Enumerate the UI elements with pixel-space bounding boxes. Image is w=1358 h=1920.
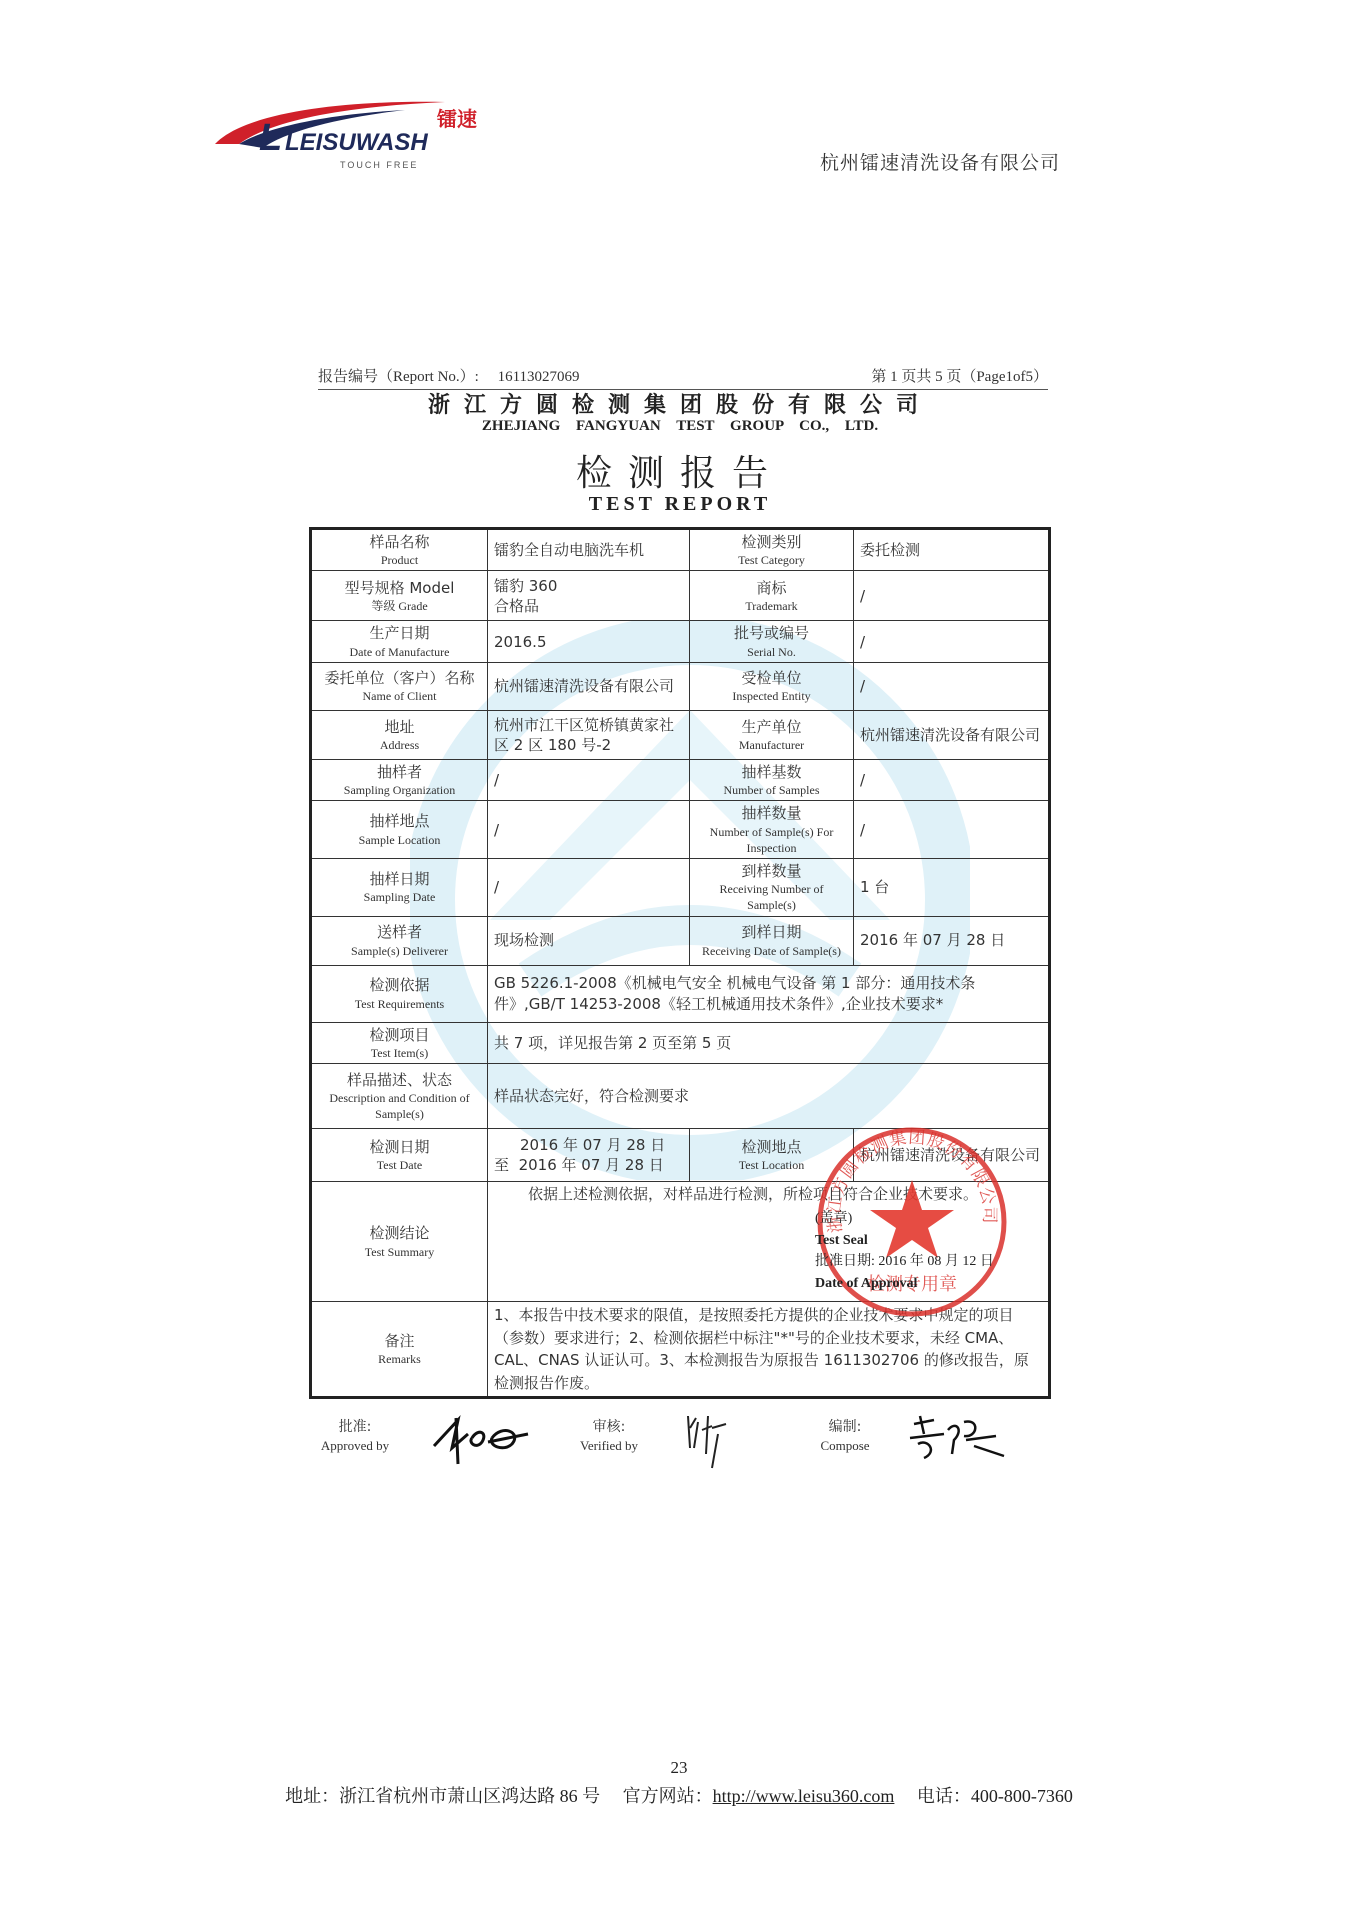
field-value: 杭州市江干区笕桥镇黄家社区 2 区 180 号-2 [494, 716, 674, 754]
report-title-en: TEST REPORT [300, 493, 1060, 516]
report-title-cn: 检测报告 [300, 445, 1060, 496]
field-value: 现场检测 [494, 931, 554, 949]
field-value-cell: 杭州镭速清洗设备有限公司 [854, 710, 1050, 759]
svg-text:TOUCH FREE: TOUCH FREE [340, 160, 418, 170]
field-value-cell: 杭州镭速清洗设备有限公司 [488, 662, 690, 710]
report-number-line: 报告编号（Report No.）: 16113027069 第 1 页共 5 页… [318, 365, 1048, 390]
items-label-en: Test Item(s) [318, 1045, 481, 1061]
field-label-en: 等级 Grade [318, 598, 481, 614]
table-row: 型号规格 Model等级 Grade镭豹 360合格品商标Trademark/ [311, 571, 1050, 621]
report-no-label: 报告编号（Report No.）: [318, 369, 479, 385]
field-label: 型号规格 Model等级 Grade [311, 571, 488, 621]
field-value: 1 台 [860, 878, 889, 896]
field-label-cn: 送样者 [318, 922, 481, 942]
field-value: / [860, 821, 865, 839]
field-label-en: Serial No. [696, 644, 847, 660]
field-value: 2016.5 [494, 633, 547, 651]
seal-en-label: Test Seal [815, 1230, 994, 1252]
test-date-label-en: Test Date [318, 1157, 481, 1173]
field-value-cell: / [488, 801, 690, 859]
field-label: 抽样者Sampling Organization [311, 759, 488, 800]
field-value-cell: / [854, 571, 1050, 621]
field-label-cn: 地址 [318, 717, 481, 737]
table-row: 地址Address杭州市江干区笕桥镇黄家社区 2 区 180 号-2生产单位Ma… [311, 710, 1050, 759]
field-label-en: Name of Client [318, 688, 481, 704]
field-label-cn: 批号或编号 [696, 623, 847, 643]
field-label-en: Test Category [696, 552, 847, 568]
field-label-en: Trademark [696, 598, 847, 614]
field-label-cn: 型号规格 Model [318, 578, 481, 598]
field-label-en: Number of Samples [696, 782, 847, 798]
compose-label: 编制:Compose [810, 1418, 880, 1454]
field-value-cell: 委托检测 [854, 529, 1050, 571]
field-label: 抽样基数Number of Samples [690, 759, 854, 800]
org-name-cn: 浙江方圆检测集团股份有限公司 [300, 388, 1060, 419]
field-value-cell: 2016.5 [488, 621, 690, 662]
table-row: 抽样地点Sample Location/抽样数量Number of Sample… [311, 801, 1050, 859]
verified-by-label: 审核:Verified by [574, 1418, 644, 1454]
field-value: / [860, 633, 865, 651]
seal-annotation: (盖章) Test Seal 批准日期: 2016 年 08 月 12 日 Da… [815, 1208, 994, 1295]
field-value-line: 镭豹 360 [494, 576, 683, 596]
test-date-to-prefix: 至 [494, 1156, 509, 1174]
field-value: 2016 年 07 月 28 日 [860, 931, 1005, 949]
field-label-cn: 生产单位 [696, 717, 847, 737]
field-label-cn: 样品名称 [318, 532, 481, 552]
org-name-en: ZHEJIANG FANGYUAN TEST GROUP CO., LTD. [300, 418, 1060, 435]
requirements-value: GB 5226.1-2008《机械电气安全 机械电气设备 第 1 部分：通用技术… [488, 965, 1050, 1022]
remarks-label-en: Remarks [318, 1351, 481, 1367]
field-label-en: Sampling Organization [318, 782, 481, 798]
description-value: 样品状态完好，符合检测要求 [488, 1064, 1050, 1129]
field-label-cn: 商标 [696, 578, 847, 598]
description-label-cn: 样品描述、状态 [318, 1070, 481, 1090]
field-label-en: Sample(s) Deliverer [318, 943, 481, 959]
field-value-line: 合格品 [494, 596, 683, 616]
items-label-cn: 检测项目 [318, 1025, 481, 1045]
field-label-en: Sample Location [318, 832, 481, 848]
field-value-cell: / [854, 662, 1050, 710]
footer-website-label: 官方网站： [623, 1786, 713, 1806]
footer-address: 地址：浙江省杭州市萧山区鸿达路 86 号 [285, 1786, 600, 1806]
field-label: 受检单位Inspected Entity [690, 662, 854, 710]
summary-label-cn: 检测结论 [318, 1223, 481, 1243]
signature-row: 批准:Approved by 审核:Verified by 编制:Compose [320, 1418, 1040, 1478]
field-value: / [860, 771, 865, 789]
field-value: 杭州镭速清洗设备有限公司 [860, 726, 1040, 744]
field-label: 送样者Sample(s) Deliverer [311, 916, 488, 965]
field-label: 抽样日期Sampling Date [311, 858, 488, 916]
field-value-cell: / [854, 759, 1050, 800]
field-value-cell: / [854, 621, 1050, 662]
field-label-en: Receiving Date of Sample(s) [696, 943, 847, 959]
field-label: 商标Trademark [690, 571, 854, 621]
remarks-label-cn: 备注 [318, 1331, 481, 1351]
field-label-en: Sampling Date [318, 889, 481, 905]
approval-label: 批准日期: [815, 1254, 875, 1269]
field-label-en: Inspected Entity [696, 688, 847, 704]
page-number: 23 [0, 1758, 1358, 1778]
field-label-en: Date of Manufacture [318, 644, 481, 660]
field-label-cn: 到样数量 [696, 861, 847, 881]
footer-phone: 电话：400-800-7360 [917, 1786, 1073, 1806]
table-row: 样品描述、状态Description and Condition of Samp… [311, 1064, 1050, 1129]
field-value-cell: 镭豹 360合格品 [488, 571, 690, 621]
field-label-cn: 生产日期 [318, 623, 481, 643]
field-value: / [860, 677, 865, 695]
requirements-label-en: Test Requirements [318, 996, 481, 1012]
field-label-cn: 抽样数量 [696, 803, 847, 823]
field-label-cn: 委托单位（客户）名称 [318, 668, 481, 688]
approval-en-label: Date of Approval [815, 1273, 994, 1295]
field-label: 抽样数量Number of Sample(s) For Inspection [690, 801, 854, 859]
field-label-cn: 抽样日期 [318, 869, 481, 889]
field-value: / [494, 821, 499, 839]
approval-date-line: 批准日期: 2016 年 08 月 12 日 [815, 1251, 994, 1273]
table-row: 抽样者Sampling Organization/抽样基数Number of S… [311, 759, 1050, 800]
field-label: 抽样地点Sample Location [311, 801, 488, 859]
website-link[interactable]: http://www.leisu360.com [713, 1786, 895, 1806]
items-value: 共 7 项，详见报告第 2 页至第 5 页 [488, 1022, 1050, 1063]
svg-text:镭速: 镭速 [436, 107, 477, 131]
field-value: 委托检测 [860, 541, 920, 559]
test-date-from: 2016 年 07 月 28 日 [494, 1135, 683, 1155]
field-label-cn: 抽样者 [318, 762, 481, 782]
field-label-en: Address [318, 737, 481, 753]
table-row: 样品名称Product镭豹全自动电脑洗车机检测类别Test Category委托… [311, 529, 1050, 571]
field-label: 委托单位（客户）名称Name of Client [311, 662, 488, 710]
approval-date: 2016 年 08 月 12 日 [878, 1254, 994, 1269]
table-row: 送样者Sample(s) Deliverer现场检测到样日期Receiving … [311, 916, 1050, 965]
test-date-to: 2016 年 07 月 28 日 [519, 1156, 664, 1174]
field-label: 到样日期Receiving Date of Sample(s) [690, 916, 854, 965]
description-label-en: Description and Condition of Sample(s) [318, 1090, 481, 1122]
field-label-en: Manufacturer [696, 737, 847, 753]
svg-text:LEISUWASH: LEISUWASH [285, 129, 428, 156]
field-value-cell: 1 台 [854, 858, 1050, 916]
field-value: 镭豹全自动电脑洗车机 [494, 541, 644, 559]
leisuwash-logo: L LEISUWASH 镭速 TOUCH FREE [205, 92, 505, 187]
field-value-cell: / [488, 759, 690, 800]
requirements-label-cn: 检测依据 [318, 975, 481, 995]
field-label-cn: 检测类别 [696, 532, 847, 552]
field-label-cn: 抽样地点 [318, 811, 481, 831]
report-no-value: 16113027069 [498, 369, 580, 385]
field-value: / [494, 771, 499, 789]
company-name-header: 杭州镭速清洗设备有限公司 [820, 148, 1060, 175]
table-row: 抽样日期Sampling Date/到样数量Receiving Number o… [311, 858, 1050, 916]
field-value-cell: 镭豹全自动电脑洗车机 [488, 529, 690, 571]
approver-signature [428, 1408, 538, 1468]
field-label: 样品名称Product [311, 529, 488, 571]
field-value: 杭州镭速清洗设备有限公司 [494, 677, 674, 695]
field-label-en: Product [318, 552, 481, 568]
field-label: 生产日期Date of Manufacture [311, 621, 488, 662]
table-row: 委托单位（客户）名称Name of Client杭州镭速清洗设备有限公司受检单位… [311, 662, 1050, 710]
field-label-cn: 到样日期 [696, 922, 847, 942]
page-info: 第 1 页共 5 页（Page1of5） [871, 365, 1048, 386]
footer: 地址：浙江省杭州市萧山区鸿达路 86 号 官方网站：http://www.lei… [0, 1782, 1358, 1808]
field-label: 到样数量Receiving Number of Sample(s) [690, 858, 854, 916]
field-label-cn: 受检单位 [696, 668, 847, 688]
field-label-en: Number of Sample(s) For Inspection [696, 824, 847, 856]
field-label-cn: 抽样基数 [696, 762, 847, 782]
field-label: 检测类别Test Category [690, 529, 854, 571]
composer-signature [904, 1410, 1014, 1466]
field-label: 地址Address [311, 710, 488, 759]
field-label: 生产单位Manufacturer [690, 710, 854, 759]
field-value-cell: / [854, 801, 1050, 859]
table-row: 检测项目Test Item(s) 共 7 项，详见报告第 2 页至第 5 页 [311, 1022, 1050, 1063]
field-label-en: Receiving Number of Sample(s) [696, 881, 847, 913]
test-date-value: 2016 年 07 月 28 日 至 2016 年 07 月 28 日 [488, 1129, 690, 1182]
test-date-label-cn: 检测日期 [318, 1137, 481, 1157]
approved-by-label: 批准:Approved by [320, 1418, 390, 1454]
seal-cn-label: (盖章) [815, 1208, 994, 1230]
table-row: 检测依据Test Requirements GB 5226.1-2008《机械电… [311, 965, 1050, 1022]
field-value: / [860, 587, 865, 605]
field-value-cell: 杭州市江干区笕桥镇黄家社区 2 区 180 号-2 [488, 710, 690, 759]
field-label: 批号或编号Serial No. [690, 621, 854, 662]
verifier-signature [682, 1408, 752, 1472]
field-value-cell: 2016 年 07 月 28 日 [854, 916, 1050, 965]
table-row: 生产日期Date of Manufacture2016.5批号或编号Serial… [311, 621, 1050, 662]
field-value: / [494, 878, 499, 896]
field-value-cell: 现场检测 [488, 916, 690, 965]
summary-label-en: Test Summary [318, 1244, 481, 1260]
svg-text:L: L [259, 117, 282, 159]
field-value-cell: / [488, 858, 690, 916]
